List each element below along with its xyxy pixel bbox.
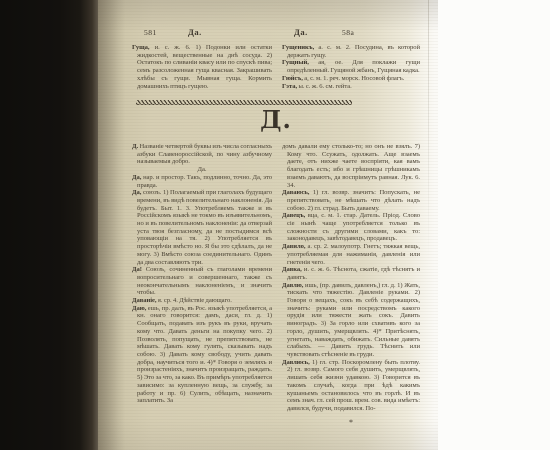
dictionary-entry: Даваніе, я. ср. 4. Дѣйствіе дающаго. [132,297,272,305]
entry-text: а, с. м. 1. реч. морск. Носовой флагъ. [303,75,405,82]
entry-headword: Да, [132,189,141,196]
entry-headword: Гюйсъ, [282,75,303,82]
entry-text: ешь, пр. далъ, въ Рос. языкѣ употребляет… [137,305,272,404]
entry-headword: Гущный, [282,59,309,66]
main-right-paragraphs: домъ давали ему столько-то; но онъ не вз… [282,143,420,413]
right-column-number: 58а [342,28,354,37]
entry-headword: Гуща, [132,44,150,51]
entry-headword: Даю, [132,305,146,312]
entry-headword: Давило, [282,243,306,250]
entry-headword: Давецъ, [282,212,305,219]
dictionary-entry: Гюйсъ, а, с. м. 1. реч. морск. Носовой ф… [282,75,420,83]
entry-headword: Гущеникъ, [282,44,314,51]
entry-text: я. ср. 4. Дѣйствіе дающаго. [157,297,232,304]
dictionary-entry: домъ давали ему столько-то; но онъ не вз… [282,143,420,189]
dictionary-entry: Д. Названіе четвертой буквы изъ числа со… [132,143,272,166]
entry-headword: Даваюсь, [282,189,309,196]
right-guide-word: Да. [294,27,308,37]
entry-text: Названіе четвертой буквы изъ числа согла… [137,143,272,165]
entry-text: союзъ. 1) Полагаемый при глаголахъ будущ… [137,189,272,265]
entry-text: нар. и простор. Такъ, подлинно, точно. Д… [137,174,272,189]
footnote-asterisk: * [282,418,420,423]
dictionary-entry: Давлюсь, 1) гл. стр. Поскоромлену быть п… [282,359,420,413]
main-right-column: домъ давали ему столько-то; но онъ не вз… [282,143,420,423]
top-right-column: Гущеникъ, а. с. м. 2. Посудина, въ котор… [282,44,420,98]
entry-headword: Даваніе, [132,297,157,304]
entry-text: вца, с. м. 1. стар. Датель. Пріод. Слово… [287,212,420,242]
book-page: 581 Да. Да. 58а Гуща, и. с. ж. 6. 1) Под… [98,0,438,450]
entry-text: ишь, (пр. давилъ, давленъ,) гл. д. 1) Жа… [287,282,420,358]
dictionary-entry: Да, нар. и простор. Такъ, подлинно, точн… [132,174,272,189]
dictionary-entry: Гущеникъ, а. с. м. 2. Посудина, въ котор… [282,44,420,59]
entry-headword: Давлюсь, [282,359,310,366]
book-scan-screenshot: 581 Да. Да. 58а Гуща, и. с. ж. 6. 1) Под… [0,0,550,450]
entry-text: домъ давали ему столько-то; но онъ не вз… [282,143,420,189]
column-subheading: Да. [132,166,272,174]
dictionary-entry: Давка, и. с. ж. 6. Тѣснота, сжатіе, гдѣ … [282,266,420,281]
dictionary-entry: Давецъ, вца, с. м. 1. стар. Датель. Пріо… [282,212,420,243]
entry-headword: Да! [132,266,142,273]
dictionary-entry: Даваюсь, 1) гл. возвр. значитъ: Попускат… [282,189,420,212]
dictionary-entry: Гущный, ая, ое. Для поклажи гущи опредѣл… [282,59,420,74]
dictionary-entry: Да, союзъ. 1) Полагаемый при глаголахъ б… [132,189,272,266]
section-letter-heading: Д. [132,105,420,134]
entry-text: а. ср. 2. малоупотр. Гнетъ; тяжкая вещь,… [287,243,420,265]
entry-text: и. с. ж. 6. Тѣснота, сжатіе, гдѣ тѣснятъ… [287,266,420,281]
dictionary-entry: Давлю, ишь, (пр. давилъ, давленъ,) гл. д… [282,282,420,359]
entry-headword: Да, [132,174,141,181]
dictionary-entry: Давило, а. ср. 2. малоупотр. Гнетъ; тяжк… [282,243,420,266]
dictionary-entry: Гуща, и. с. ж. 6. 1) Подонки или остатки… [132,44,272,90]
entry-text: ы. с. ж. 6. см. гейта. [297,83,352,90]
entry-headword: Давлю, [282,282,303,289]
main-left-column: Д. Названіе четвертой буквы изъ числа со… [132,143,272,423]
entry-text: и. с. ж. 6. 1) Подонки или остатки жидко… [137,44,272,90]
top-text-section: Гуща, и. с. ж. 6. 1) Подонки или остатки… [132,44,420,98]
left-guide-word: Да. [188,27,202,37]
entry-headword: Давка, [282,266,302,273]
dictionary-entry: Даю, ешь, пр. далъ, въ Рос. языкѣ употре… [132,305,272,405]
entry-text: Да. [198,166,207,173]
entry-text: Союзъ, сочиненный съ глаголами времени в… [137,266,272,296]
left-column-number: 581 [144,28,157,37]
top-left-column: Гуща, и. с. ж. 6. 1) Подонки или остатки… [132,44,272,98]
entry-headword: Гэта, [282,83,297,90]
dictionary-entry: Гэта, ы. с. ж. 6. см. гейта. [282,83,420,91]
entry-text: 1) гл. стр. Поскоромлену быть плотву. 2)… [287,359,420,412]
main-text-section: Д. Названіе четвертой буквы изъ числа со… [132,143,420,423]
dictionary-entry: Да! Союзъ, сочиненный съ глаголами време… [132,266,272,297]
